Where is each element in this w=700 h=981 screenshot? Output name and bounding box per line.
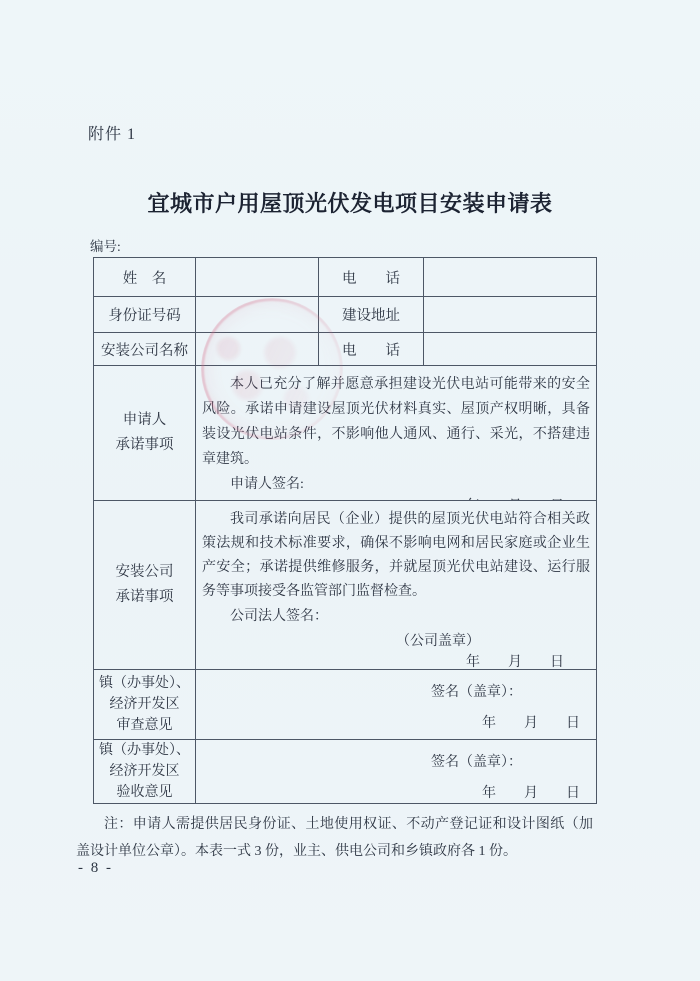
name-label: 姓 名	[94, 258, 196, 297]
company-date-line: 年 月 日	[202, 653, 590, 670]
scanned-form-page: 附件 1 宜城市户用屋顶光伏发电项目安装申请表 编号: 姓 名 电 话 身份证号…	[0, 0, 700, 981]
serial-number-label: 编号:	[90, 235, 121, 255]
construction-address-label: 建设地址	[319, 297, 424, 333]
review-opinion-cell: 签名（盖章）： 年 月 日	[196, 670, 597, 740]
acceptance-opinion-label: 镇（办事处）、 经济开发区 验收意见	[94, 740, 196, 804]
application-form-table: 姓 名 电 话 身份证号码 建设地址 安装公司名称 电 话 申请人 承诺事项 本…	[93, 257, 597, 804]
name-value-cell	[196, 258, 319, 297]
acceptance-date-line: 年 月 日	[196, 784, 596, 804]
company-commitment-paragraph: 我司承诺向居民（企业）提供的屋顶光伏电站符合相关政 策法规和技术标准要求，确保不…	[202, 508, 590, 604]
company-legal-signature-label: 公司法人签名：	[202, 605, 590, 629]
phone-value-cell	[424, 258, 597, 297]
page-number: - 8 -	[78, 860, 113, 877]
footnote: 注：申请人需提供居民身份证、土地使用权证、不动产登记证和设计图纸（加盖设计单位公…	[76, 812, 593, 865]
construction-address-value-cell	[424, 297, 597, 333]
applicant-commitment-cell: 本人已充分了解并愿意承担建设光伏电站可能带来的安全风险。承诺申请建设屋顶光伏材料…	[196, 366, 597, 501]
install-company-name-value-cell	[196, 333, 319, 366]
install-company-name-label: 安装公司名称	[94, 333, 196, 366]
id-number-value-cell	[196, 297, 319, 333]
attachment-label: 附件 1	[88, 121, 136, 144]
review-signature-label: 签名（盖章）：	[196, 683, 596, 703]
applicant-commitment-paragraph: 本人已充分了解并愿意承担建设光伏电站可能带来的安全风险。承诺申请建设屋顶光伏材料…	[202, 372, 590, 472]
applicant-commitment-label: 申请人 承诺事项	[94, 366, 196, 501]
company-phone-value-cell	[424, 333, 597, 366]
acceptance-signature-label: 签名（盖章）：	[196, 753, 596, 773]
company-seal-note: （公司盖章）	[202, 631, 590, 653]
company-commitment-cell: 我司承诺向居民（企业）提供的屋顶光伏电站符合相关政 策法规和技术标准要求，确保不…	[196, 501, 597, 670]
company-phone-label: 电 话	[319, 333, 424, 366]
id-number-label: 身份证号码	[94, 297, 196, 333]
phone-label: 电 话	[319, 258, 424, 297]
applicant-signature-label: 申请人签名:	[202, 473, 590, 497]
form-title: 宜城市户用屋顶光伏发电项目安装申请表	[0, 187, 700, 218]
review-opinion-label: 镇（办事处）、 经济开发区 审查意见	[94, 670, 196, 740]
review-date-line: 年 月 日	[196, 714, 596, 734]
company-commitment-label: 安装公司 承诺事项	[94, 501, 196, 670]
acceptance-opinion-cell: 签名（盖章）： 年 月 日	[196, 740, 597, 804]
